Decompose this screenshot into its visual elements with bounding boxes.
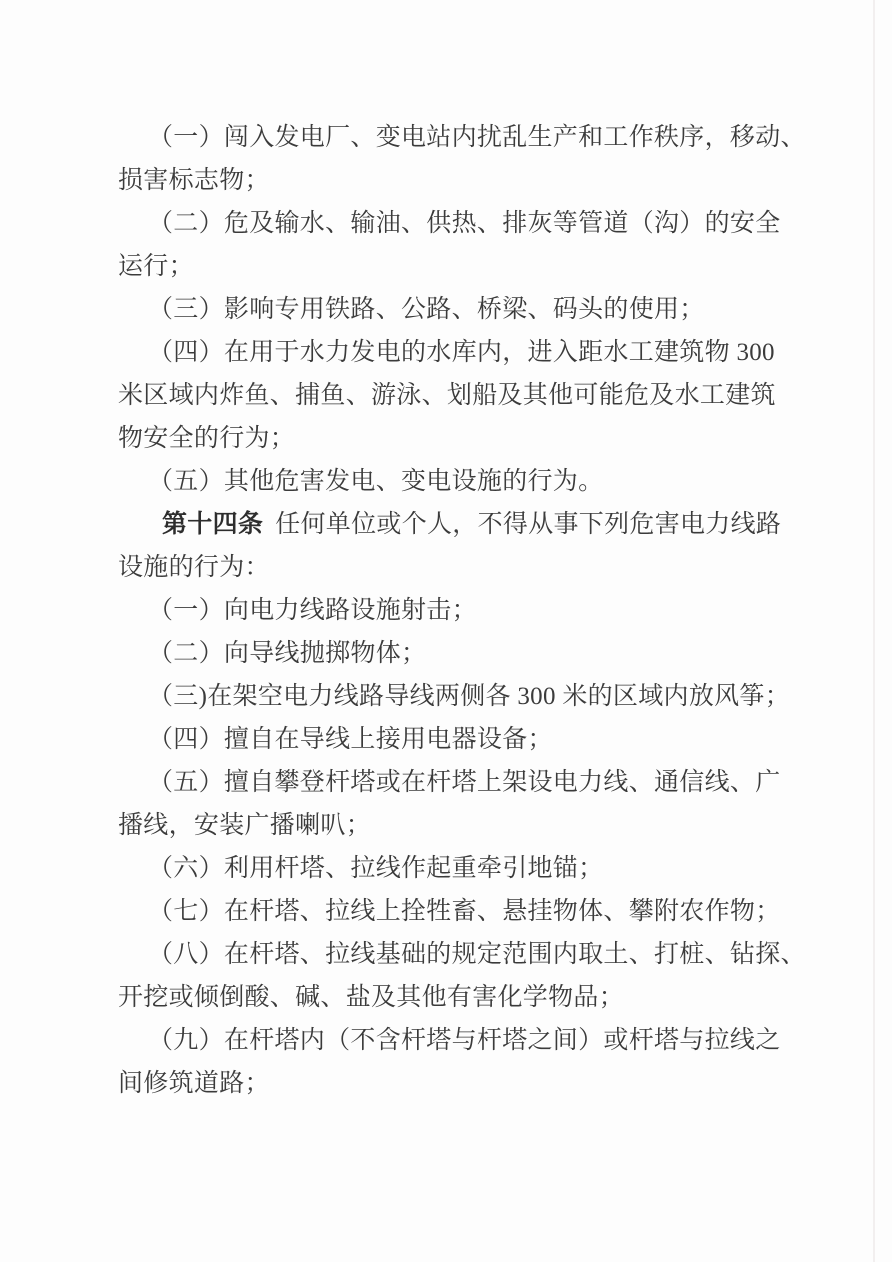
document-content: （一）闯入发电厂、变电站内扰乱生产和工作秩序，移动、 损害标志物； （二）危及输…	[118, 116, 780, 1105]
text-line: （八）在杆塔、拉线基础的规定范围内取土、打桩、钻探、	[118, 933, 780, 976]
text-line: （四）在用于水力发电的水库内，进入距水工建筑物 300	[118, 331, 780, 374]
text-line: 间修筑道路；	[118, 1062, 780, 1105]
text-line: 损害标志物；	[118, 159, 780, 202]
text-line: （二）向导线抛掷物体；	[118, 632, 780, 675]
document-page: （一）闯入发电厂、变电站内扰乱生产和工作秩序，移动、 损害标志物； （二）危及输…	[0, 0, 892, 1262]
text-line: 设施的行为：	[118, 546, 780, 589]
text-line: （五）其他危害发电、变电设施的行为。	[118, 460, 780, 503]
text-line: （二）危及输水、输油、供热、排灰等管道（沟）的安全	[118, 202, 780, 245]
text-line: 运行；	[118, 245, 780, 288]
article-number-label: 第十四条	[162, 511, 263, 538]
text-line: （六）利用杆塔、拉线作起重牵引地锚；	[118, 847, 780, 890]
text-line: 第十四条任何单位或个人，不得从事下列危害电力线路	[118, 503, 780, 546]
article-heading-text: 任何单位或个人，不得从事下列危害电力线路	[275, 511, 781, 538]
text-line: 开挖或倾倒酸、碱、盐及其他有害化学物品；	[118, 976, 780, 1019]
text-line: 播线，安装广播喇叭；	[118, 804, 780, 847]
text-line: （九）在杆塔内（不含杆塔与杆塔之间）或杆塔与拉线之	[118, 1019, 780, 1062]
text-line: （三)在架空电力线路导线两侧各 300 米的区域内放风筝；	[118, 675, 780, 718]
text-line: （四）擅自在导线上接用电器设备；	[118, 718, 780, 761]
text-line: （五）擅自攀登杆塔或在杆塔上架设电力线、通信线、广	[118, 761, 780, 804]
text-line: （七）在杆塔、拉线上拴牲畜、悬挂物体、攀附农作物；	[118, 890, 780, 933]
text-line: （一）向电力线路设施射击；	[118, 589, 780, 632]
text-line: （一）闯入发电厂、变电站内扰乱生产和工作秩序，移动、	[118, 116, 780, 159]
text-line: 米区域内炸鱼、捕鱼、游泳、划船及其他可能危及水工建筑	[118, 374, 780, 417]
text-line: （三）影响专用铁路、公路、桥梁、码头的使用；	[118, 288, 780, 331]
text-line: 物安全的行为；	[118, 417, 780, 460]
page-edge-artifact	[873, 0, 875, 1262]
